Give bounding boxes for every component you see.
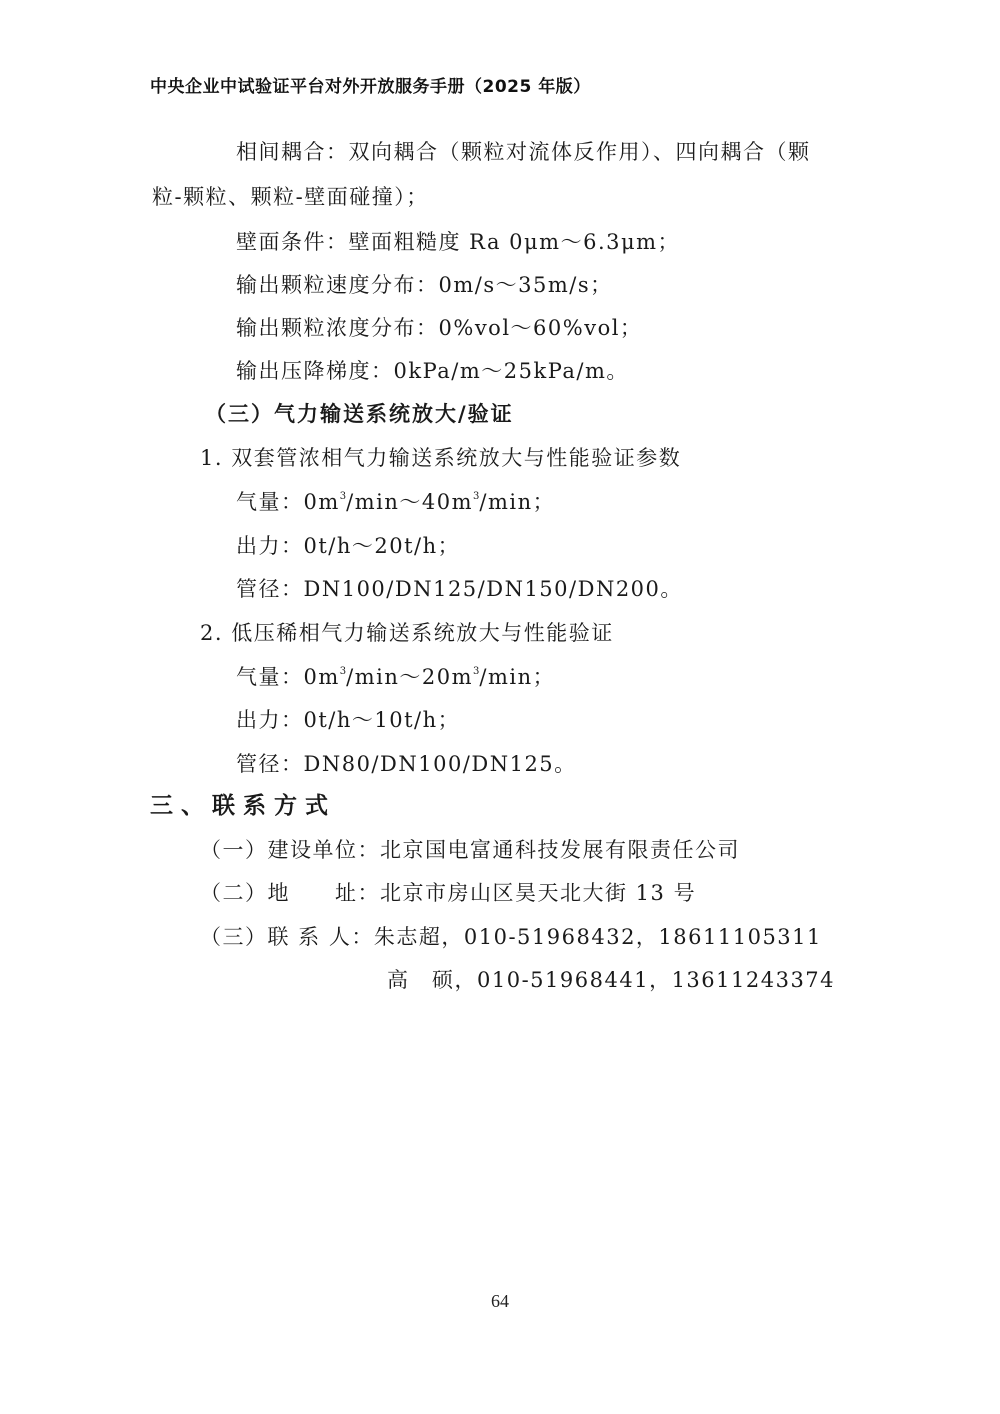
address-value: 北京市房山区昊天北大街 13 号 [380, 881, 696, 905]
builder-label: （一）建设单位： [200, 834, 380, 864]
contact-builder: （一）建设单位：北京国电富通科技发展有限责任公司 [200, 834, 740, 864]
document-header: 中央企业中试验证平台对外开放服务手册（2025 年版） [150, 72, 591, 97]
item1-airflow: 气量：0m3/min～40m3/min； [236, 486, 555, 516]
person-label: （三）联 系 人： [200, 921, 374, 951]
item2-output: 出力：0t/h～10t/h； [236, 704, 460, 734]
item1-pipe: 管径：DN100/DN125/DN150/DN200。 [236, 573, 683, 603]
person1-value: 朱志超，010-51968432，18611105311 [374, 925, 822, 949]
wall-condition: 壁面条件：壁面粗糙度 Ra 0μm～6.3μm； [236, 226, 680, 256]
page-number: 64 [0, 1291, 1000, 1312]
contact-address: （二）地 址：北京市房山区昊天北大街 13 号 [200, 877, 696, 907]
coupling-line-2: 粒-颗粒、颗粒-壁面碰撞）； [152, 181, 429, 211]
concentration-output: 输出颗粒浓度分布：0%vol～60%vol； [236, 312, 642, 342]
pressure-output: 输出压降梯度：0kPa/m～25kPa/m。 [236, 355, 629, 385]
item1-title: 1. 双套管浓相气力输送系统放大与性能验证参数 [200, 442, 681, 472]
item2-airflow: 气量：0m3/min～20m3/min； [236, 661, 555, 691]
item2-pipe: 管径：DN80/DN100/DN125。 [236, 748, 577, 778]
address-label: （二）地 址： [200, 877, 380, 907]
contact-person: （三）联 系 人：朱志超，010-51968432，18611105311 [200, 921, 822, 951]
coupling-line-1: 相间耦合：双向耦合（颗粒对流体反作用）、四向耦合（颗 [236, 136, 811, 166]
velocity-output: 输出颗粒速度分布：0m/s～35m/s； [236, 269, 613, 299]
item2-title: 2. 低压稀相气力输送系统放大与性能验证 [200, 617, 614, 647]
item1-output: 出力：0t/h～20t/h； [236, 530, 460, 560]
contact-heading: 三、联系方式 [150, 787, 336, 820]
contact-person-2: 高 硕，010-51968441，13611243374 [387, 964, 835, 994]
section-heading-pneumatic-conveying: （三）气力输送系统放大/验证 [205, 398, 514, 428]
builder-value: 北京国电富通科技发展有限责任公司 [380, 838, 740, 862]
